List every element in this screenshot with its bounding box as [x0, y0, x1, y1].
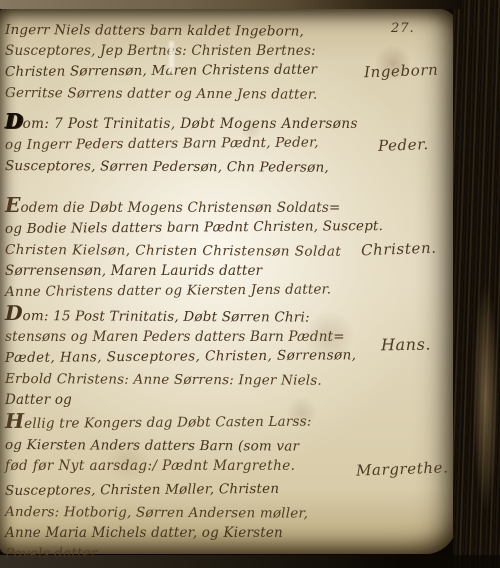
register-line: Dom: 15 Post Trinitatis, Døbt Sørren Chr…: [5, 303, 363, 329]
register-line: fød før Nyt aarsdag:/ Pædnt Margrethe.: [5, 456, 363, 477]
register-line: og Kiersten Anders datters Barn (som var: [5, 435, 363, 458]
margin-name-note: Margrethe.: [356, 458, 449, 479]
margin-name-note: Hans.: [381, 335, 431, 355]
margin-name-note: Ingeborn: [364, 61, 439, 82]
photo-edge-top: [0, 0, 462, 9]
register-line: Susceptores, Christen Møller, Christen: [5, 478, 363, 502]
register-entries: Ingerr Niels datters barn kaldet Ingebor…: [5, 20, 363, 565]
register-line: Eodem die Døbt Mogens Christensøn Soldat…: [5, 195, 363, 219]
register-line: Susceptores, Sørren Pedersøn, Chn Peders…: [5, 156, 363, 179]
register-line: Pædet, Hans, Susceptores, Christen, Sørr…: [5, 345, 363, 369]
register-line: Erbold Christens: Anne Sørrens: Inger Ni…: [5, 369, 363, 392]
book-spine: [453, 0, 500, 568]
register-line: og Bodie Niels datters barn Pædnt Christ…: [5, 216, 363, 240]
page-number: 27.: [391, 21, 415, 36]
register-line: Gerritse Sørrens datter og Anne Jens dat…: [5, 83, 363, 106]
register-line: Christen Sørrensøn, Maren Christens datt…: [5, 59, 363, 83]
register-line: Hellig tre Kongers dag Døbt Casten Larss…: [5, 408, 363, 435]
paper-scratch: [169, 41, 174, 73]
register-line: Anne Christens datter og Kiersten Jens d…: [5, 279, 363, 303]
register-line: Anders: Hotborig, Sørren Andersen møller…: [5, 502, 363, 525]
register-line: Ingerr Niels datters barn kaldet Ingebor…: [5, 20, 363, 43]
register-line: og Ingerr Peders datters Barn Pædnt, Ped…: [5, 132, 363, 156]
margin-name-note: Peder.: [378, 135, 429, 155]
register-line: Christen Kielsøn, Christen Christensøn S…: [5, 240, 363, 263]
photo-edge-bottom: [0, 555, 500, 568]
parish-register-page: 27. Ingerr Niels datters barn kaldet Ing…: [0, 9, 457, 554]
margin-name-note: Christen.: [361, 239, 437, 260]
register-line: Dom: 7 Post Trinitatis, Døbt Mogens Ande…: [5, 111, 363, 135]
manuscript-photo: 27. Ingerr Niels datters barn kaldet Ing…: [0, 0, 500, 568]
